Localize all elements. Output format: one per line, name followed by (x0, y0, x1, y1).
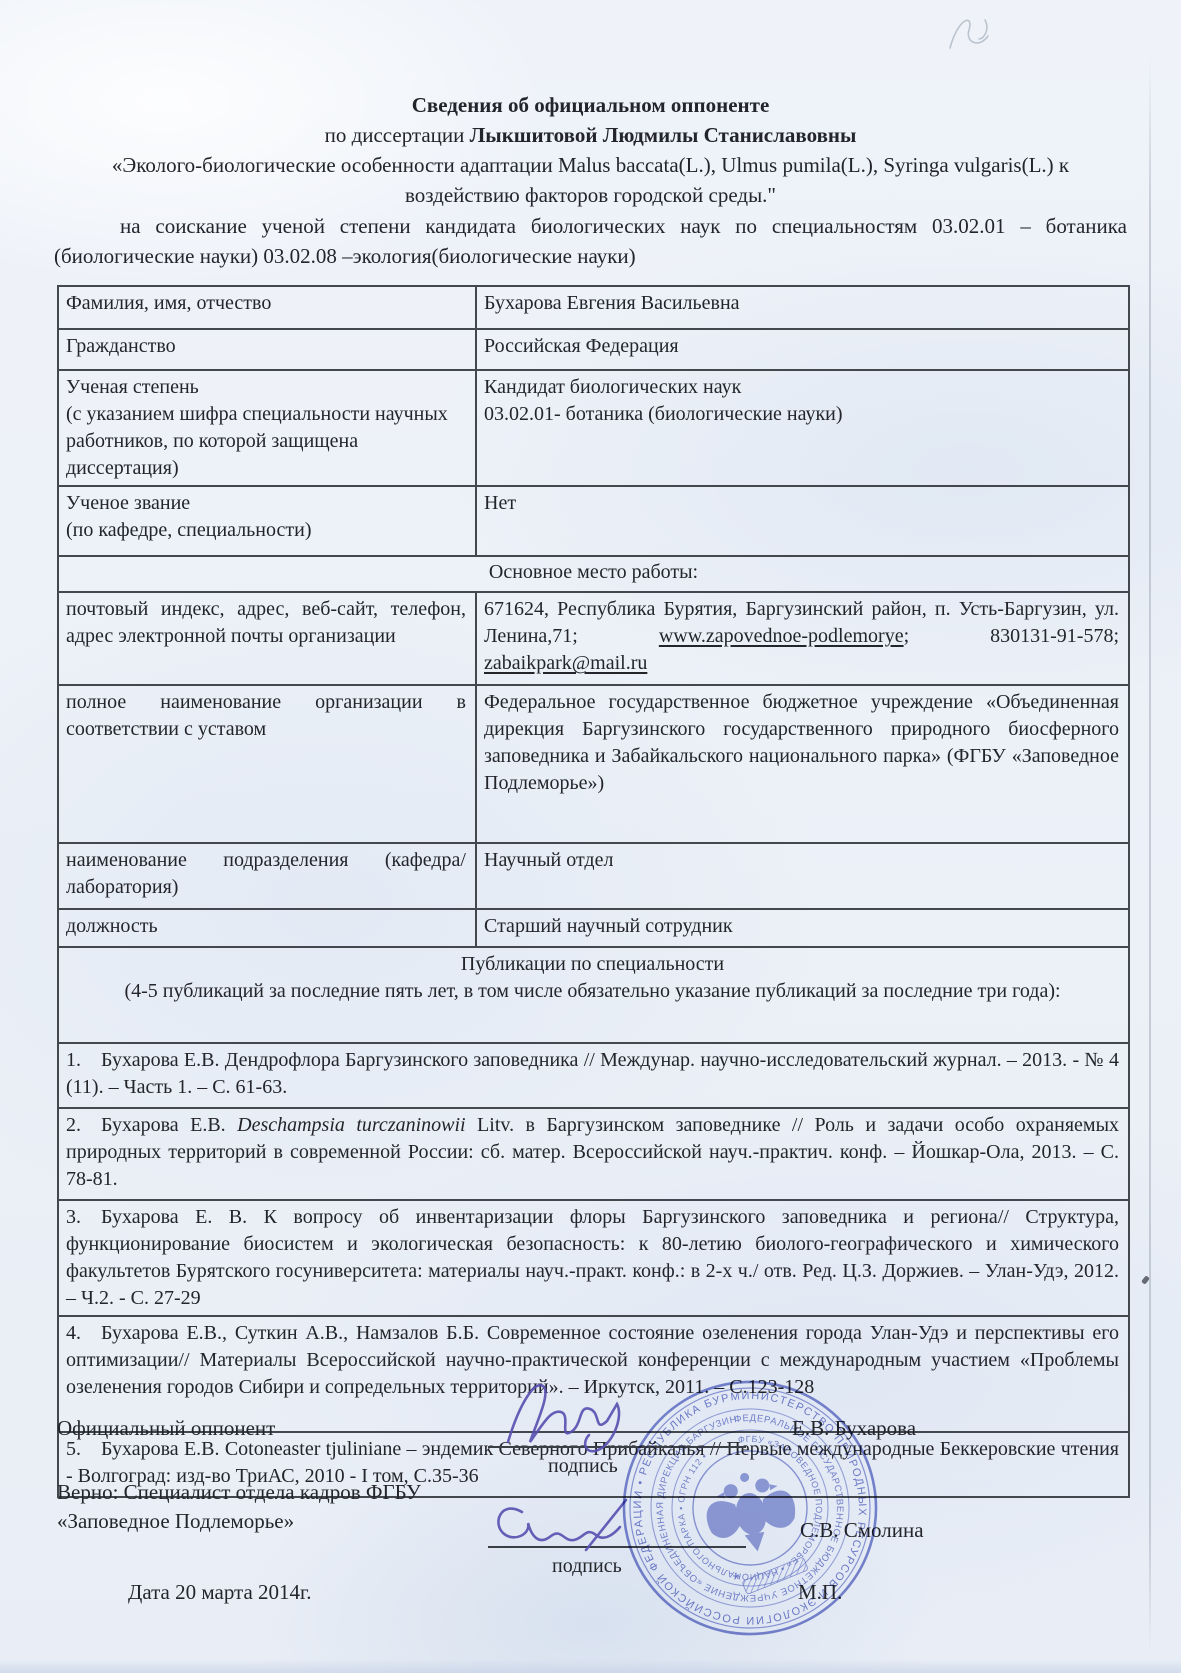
row-value: Нет (476, 486, 1129, 556)
row-value: Российская Федерация (476, 329, 1129, 370)
publications-header: Публикации по специальности (4-5 публика… (58, 947, 1129, 1043)
scanned-document-page: Сведения об официальном оппоненте по дис… (0, 0, 1181, 1673)
publication-2: 2. Бухарова Е.В. Deschampsia turczaninow… (58, 1108, 1129, 1200)
opponent-info-table: Фамилия, имя, отчество Бухарова Евгения … (57, 285, 1130, 1498)
scanner-edge-shadow (1149, 55, 1151, 1655)
official-stamp: МИНИСТЕРСТВО ПРИРОДНЫХ РЕСУРСОВ И ЭКОЛОГ… (618, 1376, 882, 1640)
website-link: www.zapovednoe-podlemorye (659, 625, 904, 647)
verno-line-1: Верно: Специалист отдела кадров ФГБУ (57, 1478, 421, 1506)
publication-row: 2. Бухарова Е.В. Deschampsia turczaninow… (58, 1108, 1129, 1200)
row-value: Бухарова Евгения Васильевна (476, 286, 1129, 329)
row-label: Ученое звание (по кафедре, специальности… (58, 486, 476, 556)
dissertation-author-name: Лыкшитовой Людмилы Станиславовны (470, 123, 857, 147)
paper-bottom-shadow (0, 1659, 1181, 1673)
table-row: почтовый индекс, адрес, веб-сайт, телефо… (58, 592, 1129, 685)
table-row: наименование подразделения (кафедра/лабо… (58, 843, 1129, 909)
row-label: полное наименование организации в соотве… (58, 685, 476, 843)
publications-title: Публикации по специальности (66, 951, 1119, 978)
signature-caption: подпись (548, 1452, 618, 1480)
row-label: почтовый индекс, адрес, веб-сайт, телефо… (58, 592, 476, 685)
degree-line: на соискание ученой степени кандидата би… (54, 211, 1127, 271)
dissertation-author-line: по диссертации Лыкшитовой Людмилы Станис… (54, 120, 1127, 150)
verno-line-2: «Заповедное Подлеморье» (57, 1507, 294, 1535)
row-value: Федеральное государственное бюджетное уч… (476, 685, 1129, 843)
opponent-label: Официальный оппонент (57, 1414, 275, 1442)
row-label: наименование подразделения (кафедра/лабо… (58, 843, 476, 909)
signature-caption: подпись (552, 1552, 622, 1580)
publications-note: (4-5 публикаций за последние пять лет, в… (66, 978, 1119, 1005)
date-label: Дата 20 марта 2014г. (128, 1578, 312, 1606)
publication-2-prefix: 2. Бухарова Е.В. (66, 1114, 237, 1136)
publications-header-row: Публикации по специальности (4-5 публика… (58, 947, 1129, 1043)
document-title: Сведения об официальном оппоненте (54, 90, 1127, 120)
publication-2-species-name: Deschampsia turczaninowii (237, 1114, 465, 1136)
row-label: Фамилия, имя, отчество (58, 286, 476, 329)
phone-text: ; 830131-91-578; (904, 625, 1119, 647)
publication-3: 3. Бухарова Е. В. К вопросу об инвентари… (58, 1200, 1129, 1316)
publication-1: 1. Бухарова Е.В. Дендрофлора Баргузинско… (58, 1043, 1129, 1108)
table-row: Ученое звание (по кафедре, специальности… (58, 486, 1129, 556)
table-section-row: Основное место работы: (58, 556, 1129, 592)
dissertation-title: «Эколого-биологические особенности адапт… (86, 150, 1096, 210)
row-value: Старший научный сотрудник (476, 909, 1129, 947)
subtitle-prefix: по диссертации (325, 123, 470, 147)
table-row: полное наименование организации в соотве… (58, 685, 1129, 843)
row-value: Научный отдел (476, 843, 1129, 909)
row-value: Кандидат биологических наук 03.02.01- бо… (476, 370, 1129, 486)
table-row: должность Старший научный сотрудник (58, 909, 1129, 947)
publication-row: 1. Бухарова Е.В. Дендрофлора Баргузинско… (58, 1043, 1129, 1108)
row-label: Ученая степень (с указанием шифра специа… (58, 370, 476, 486)
work-section-title: Основное место работы: (58, 556, 1129, 592)
table-row: Ученая степень (с указанием шифра специа… (58, 370, 1129, 486)
row-value: 671624, Республика Бурятия, Баргузинский… (476, 592, 1129, 685)
table-row: Гражданство Российская Федерация (58, 329, 1129, 370)
double-eagle-emblem (700, 1465, 801, 1559)
table-row: Фамилия, имя, отчество Бухарова Евгения … (58, 286, 1129, 329)
email-link: zabaikpark@mail.ru (484, 652, 647, 674)
row-label: должность (58, 909, 476, 947)
publication-row: 3. Бухарова Е. В. К вопросу об инвентари… (58, 1200, 1129, 1316)
pencil-mark (938, 8, 1010, 60)
row-label: Гражданство (58, 329, 476, 370)
